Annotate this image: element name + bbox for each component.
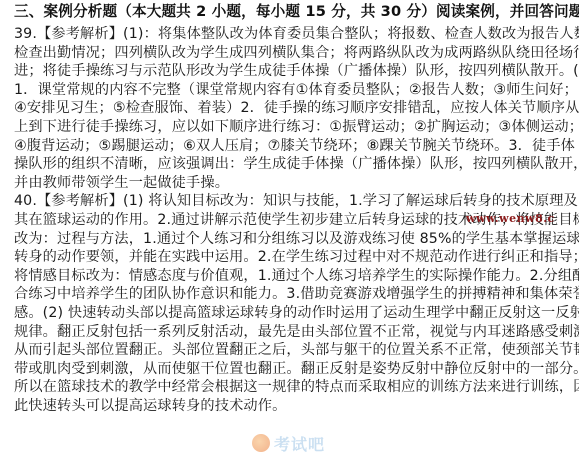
q40-line-12: 此快速转头可以提高运球转身的技术动作。: [14, 397, 579, 416]
q39-line-5: ④安排见习生；⑤检查服饰、着装）2．徒手操的练习顺序安排错乱，应按人体关节顺序从: [14, 99, 579, 118]
q39-line-3: 进；将徒手操练习与示范队形改为学生成徒手体操（广播体操）队形，按四列横队散开。(…: [14, 62, 579, 81]
q40-line-7: 感。(2) 快速转动头部以提高篮球运球转身的动作时运用了运动生理学中翻正反射这一…: [14, 304, 579, 323]
q40-line-4: 转身的动作要领，并能在实践中运用。2.在学生练习过程中对不规范动作进行纠正和指导…: [14, 248, 579, 267]
q40-line-10: 带或肌肉受到刺激，从而使躯干位置也翻正。翻正反射是姿势反射中静位反射中的一部分。: [14, 360, 579, 379]
q40-line-11: 所以在篮球技术的教学中经常会根据这一规律的特点而采取相应的训练方法来进行训练，因: [14, 378, 579, 397]
watermark-url: www.wenw8.c: [466, 212, 555, 225]
q40-line-1: 40.【参考解析】(1) 将认知目标改为：知识与技能，1.学习了解运球后转身的技…: [14, 192, 579, 211]
q40-line-9: 从而引起头部位置翻正。头部位置翻正之后，头部与躯干的位置关系不正常，使颈部关节韧: [14, 341, 579, 360]
q40-line-8: 规律。翻正反射包括一系列反射活动，最先是由头部位置不正常，视觉与内耳迷路感受刺激…: [14, 323, 579, 342]
section-header: 三、案例分析题（本大题共 2 小题，每小题 15 分，共 30 分）阅读案例，并…: [14, 2, 579, 22]
watermark-logo: 考试吧: [252, 432, 325, 454]
question-39-answer: 39.【参考解析】(1)：将集体整队改为体育委员集合整队；将报数、检查人数改为报…: [14, 25, 579, 192]
logo-mark-icon: [252, 434, 270, 452]
answer-document: 三、案例分析题（本大题共 2 小题，每小题 15 分，共 30 分）阅读案例，并…: [14, 2, 579, 415]
question-40-answer: 40.【参考解析】(1) 将认知目标改为：知识与技能，1.学习了解运球后转身的技…: [14, 192, 579, 415]
q39-line-7: ④腹背运动；⑤踢腿运动；⑥双人压肩；⑦膝关节绕环；⑧踝关节腕关节绕环。3．徒手体: [14, 137, 579, 156]
q39-line-9: 并由教师带领学生一起做徒手操。: [14, 174, 579, 193]
logo-text: 考试吧: [274, 432, 325, 455]
q39-line-8: 操队形的组织不清晰，应该强调出：学生成徒手体操（广播体操）队形，按四列横队散开，: [14, 155, 579, 174]
q39-line-1: 39.【参考解析】(1)：将集体整队改为体育委员集合整队；将报数、检查人数改为报…: [14, 25, 579, 44]
q39-line-2: 检查出勤情况；四列横队改为学生成四列横队集合；将两路纵队改为成两路纵队绕田径场行: [14, 44, 579, 63]
q40-line-5: 将情感目标改为：情感态度与价值观，1.通过个人练习培养学生的实际操作能力。2.分…: [14, 267, 579, 286]
q40-line-6: 合练习中培养学生的团队协作意识和能力。3.借助竞赛游戏增强学生的拼搏精神和集体荣…: [14, 285, 579, 304]
q39-line-6: 上到下进行徒手操练习，应以如下顺序进行练习：①振臂运动；②扩胸运动；③体侧运动；: [14, 118, 579, 137]
q39-line-4: 1．课堂常规的内容不完整（课堂常规内容有①体育委员整队；②报告人数；③师生问好；: [14, 81, 579, 100]
q40-line-3: 改为：过程与方法，1.通过个人练习和分组练习以及游戏练习使 85%的学生基本掌握…: [14, 230, 579, 249]
